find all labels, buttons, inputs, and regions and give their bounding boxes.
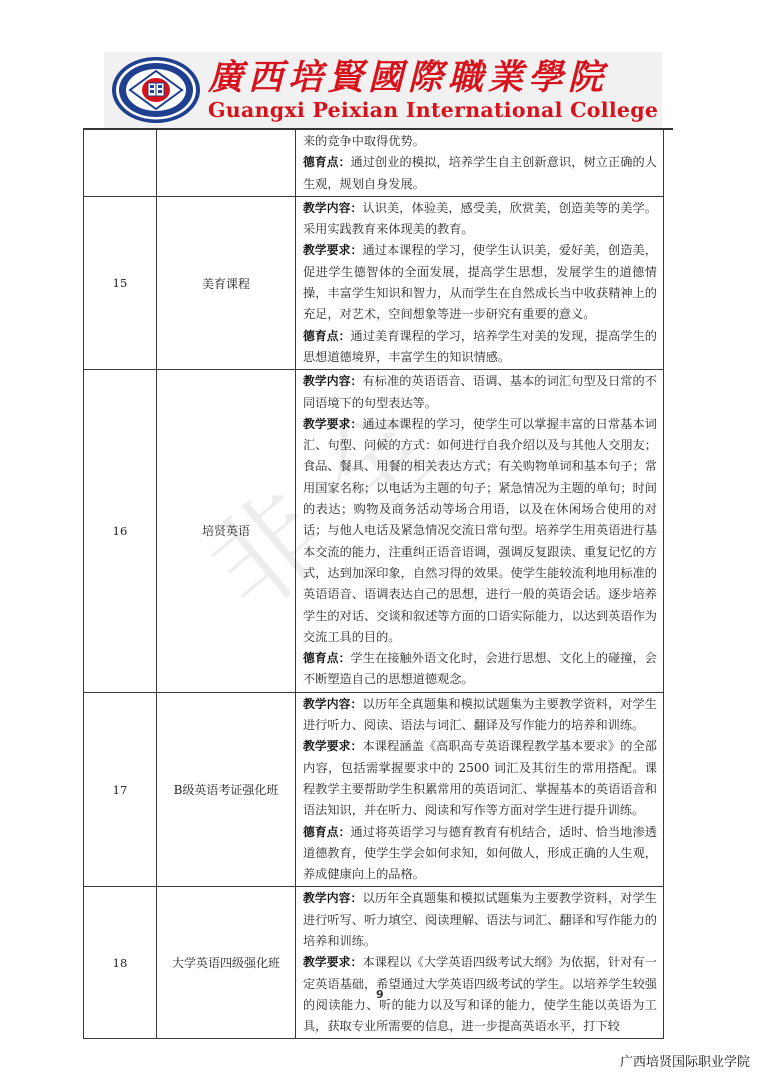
table-row: 来的竞争中取得优势。 德育点：通过创业的模拟，培养学生自主创新意识，树立正确的人… [84, 130, 664, 197]
requirement-paragraph: 教学要求：通过本课程的学习，使学生可以掌握丰富的日常基本词汇、句型、问候的方式：… [303, 414, 657, 648]
college-name-chinese: 廣西培賢國際職業學院 [208, 58, 658, 98]
college-header-banner: 廣西培賢國際職業學院 Guangxi Peixian International… [104, 52, 662, 128]
course-number: 17 [84, 692, 157, 887]
moral-paragraph: 德育点：通过将英语学习与德育教育有机结合，适时、恰当地渗透道德教育，使学生学会如… [303, 822, 657, 886]
course-description: 教学内容：认识美，体验美，感受美，欣赏美，创造美等的美学。采用实践教育来体现美的… [296, 196, 664, 369]
requirement-paragraph: 教学要求：通过本课程的学习，使学生认识美，爱好美，创造美，促进学生德智体的全面发… [303, 240, 657, 325]
requirement-paragraph: 教学要求：本课程以《大学英语四级考试大纲》为依据，针对有一定英语基础，希望通过大… [303, 952, 657, 1037]
college-name-english: Guangxi Peixian International College [208, 98, 658, 122]
requirement-label: 教学要求 [303, 955, 351, 969]
description-paragraph: 来的竞争中取得优势。 [303, 131, 657, 152]
requirement-label: 教学要求 [303, 417, 351, 431]
requirement-label: 教学要求 [303, 739, 351, 753]
course-name: B级英语考证强化班 [157, 692, 296, 887]
page-number: 9 [376, 988, 384, 1001]
moral-paragraph: 德育点：学生在接触外语文化时，会进行思想、文化上的碰撞，会不断塑造自己的思想道德… [303, 648, 657, 691]
course-number [84, 130, 157, 197]
course-number: 15 [84, 196, 157, 369]
course-description: 教学内容：有标准的英语语音、语调、基本的词汇句型及日常的不同语境下的句型表达等。… [296, 370, 664, 692]
course-name: 大学英语四级强化班 [157, 887, 296, 1039]
college-logo-icon [110, 55, 202, 125]
footer-college-name: 广西培贤国际职业学院 [620, 1051, 750, 1070]
moral-label: 德育点 [303, 651, 339, 665]
content-paragraph: 教学内容：以历年全真题集和模拟试题集为主要教学资料，对学生进行听写、听力填空、阅… [303, 888, 657, 952]
course-name: 美育课程 [157, 196, 296, 369]
table-row: 15 美育课程 教学内容：认识美，体验美，感受美，欣赏美，创造美等的美学。采用实… [84, 196, 664, 369]
course-number: 18 [84, 887, 157, 1039]
moral-label: 德育点 [303, 329, 339, 343]
content-label: 教学内容 [303, 891, 351, 905]
content-label: 教学内容 [303, 374, 351, 388]
table-row: 17 B级英语考证强化班 教学内容：以历年全真题集和模拟试题集为主要教学资料，对… [84, 692, 664, 887]
requirement-label: 教学要求 [303, 243, 351, 257]
course-description: 教学内容：以历年全真题集和模拟试题集为主要教学资料，对学生进行听力、阅读、语法与… [296, 692, 664, 887]
moral-paragraph: 德育点：通过创业的模拟，培养学生自主创新意识，树立正确的人生观，规划自身发展。 [303, 152, 657, 195]
course-description: 教学内容：以历年全真题集和模拟试题集为主要教学资料，对学生进行听写、听力填空、阅… [296, 887, 664, 1039]
content-label: 教学内容 [303, 201, 351, 215]
content-paragraph: 教学内容：认识美，体验美，感受美，欣赏美，创造美等的美学。采用实践教育来体现美的… [303, 198, 657, 241]
content-label: 教学内容 [303, 697, 351, 711]
requirement-paragraph: 教学要求：本课程涵盖《高职高专英语课程教学基本要求》的全部内容，包括需掌握要求中… [303, 736, 657, 821]
moral-paragraph: 德育点：通过美育课程的学习，培养学生对美的发现，提高学生的思想道德境界，丰富学生… [303, 326, 657, 369]
content-paragraph: 教学内容：有标准的英语语音、语调、基本的词汇句型及日常的不同语境下的句型表达等。 [303, 371, 657, 414]
course-number: 16 [84, 370, 157, 692]
moral-label: 德育点 [303, 155, 339, 169]
course-description: 来的竞争中取得优势。 德育点：通过创业的模拟，培养学生自主创新意识，树立正确的人… [296, 130, 664, 197]
course-table: 来的竞争中取得优势。 德育点：通过创业的模拟，培养学生自主创新意识，树立正确的人… [83, 129, 664, 1039]
table-row: 16 培贤英语 教学内容：有标准的英语语音、语调、基本的词汇句型及日常的不同语境… [84, 370, 664, 692]
course-name [157, 130, 296, 197]
table-row: 18 大学英语四级强化班 教学内容：以历年全真题集和模拟试题集为主要教学资料，对… [84, 887, 664, 1039]
course-name: 培贤英语 [157, 370, 296, 692]
content-paragraph: 教学内容：以历年全真题集和模拟试题集为主要教学资料，对学生进行听力、阅读、语法与… [303, 694, 657, 737]
moral-label: 德育点 [303, 825, 339, 839]
